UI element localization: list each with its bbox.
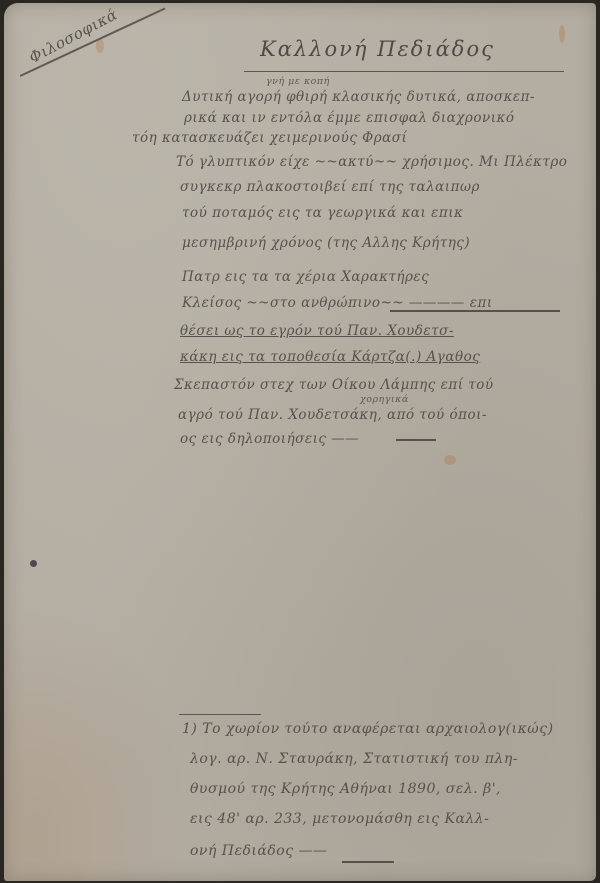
footnote-line: 1) Το χωρίον τούτο αναφέρεται αρχαιολογ(… (182, 721, 554, 737)
body-line: ρικά και ιν εντόλα έμμε επισφαλ διαχρονι… (184, 110, 514, 126)
body-line: Σκεπαστόν στεχ των Οίκου Λάμπης επί τού (174, 377, 494, 393)
body-line: αγρό τού Παν. Χουδετσάκη, από τού όποι- (178, 407, 487, 423)
body-line: συγκεκρ πλακοστοιβεί επί της ταλαιπωρ (180, 179, 480, 195)
body-line: μεσημβρινή χρόνος (της Αλλης Κρήτης) (182, 235, 470, 251)
end-dash (396, 439, 436, 441)
foxing-stain (444, 455, 456, 465)
body-line: Κλείσος ~~στο ανθρώπινο~~ ———— επι (182, 295, 493, 311)
footnote-line: θυσμού της Κρήτης Αθήναι 1890, σελ. β', (190, 781, 501, 797)
body-line: Πατρ εις τα τα χέρια Χαρακτήρες (182, 269, 429, 285)
body-line: Τό γλυπτικόν είχε ~~ακτύ~~ χρήσιμος. Μι … (176, 154, 567, 170)
body-line: ος εις δηλοποιήσεις —— (180, 431, 359, 447)
body-line: τού ποταμός εις τα γεωργικά και επικ (182, 205, 463, 221)
body-line: κάκη εις τα τοποθεσία Κάρτζα(.) Αγαθος (180, 349, 480, 365)
strike-dash (390, 310, 560, 312)
manuscript-page: Φιλοσοφικά Καλλονή Πεδιάδος γνή με κοπή … (4, 3, 596, 881)
footnote-line: εις 48' αρ. 233, μετονομάσθη εις Καλλ- (190, 811, 489, 827)
body-line: θέσει ως το εγρόν τού Παν. Χουδετσ- (180, 323, 454, 339)
body-line: Δυτική αγορή φθιρή κλασικής δυτικά, αποσ… (182, 89, 535, 105)
interlinear-note: γνή με κοπή (266, 76, 330, 87)
body-line: τόη κατασκευάζει χειμερινούς Φρασί (132, 130, 407, 146)
page-title: Καλλονή Πεδιάδος (260, 37, 495, 61)
title-underline (244, 71, 564, 72)
footnote-rule (179, 714, 261, 715)
footnote-line: λογ. αρ. Ν. Σταυράκη, Στατιστική του πλη… (190, 751, 518, 767)
interlinear-note: χορηγικά (360, 394, 409, 405)
footnote-line: ονή Πεδιάδος —— (190, 843, 328, 859)
ink-blot (30, 560, 37, 567)
end-dash (342, 861, 394, 863)
foxing-stain (96, 39, 104, 53)
foxing-stain (559, 25, 565, 43)
